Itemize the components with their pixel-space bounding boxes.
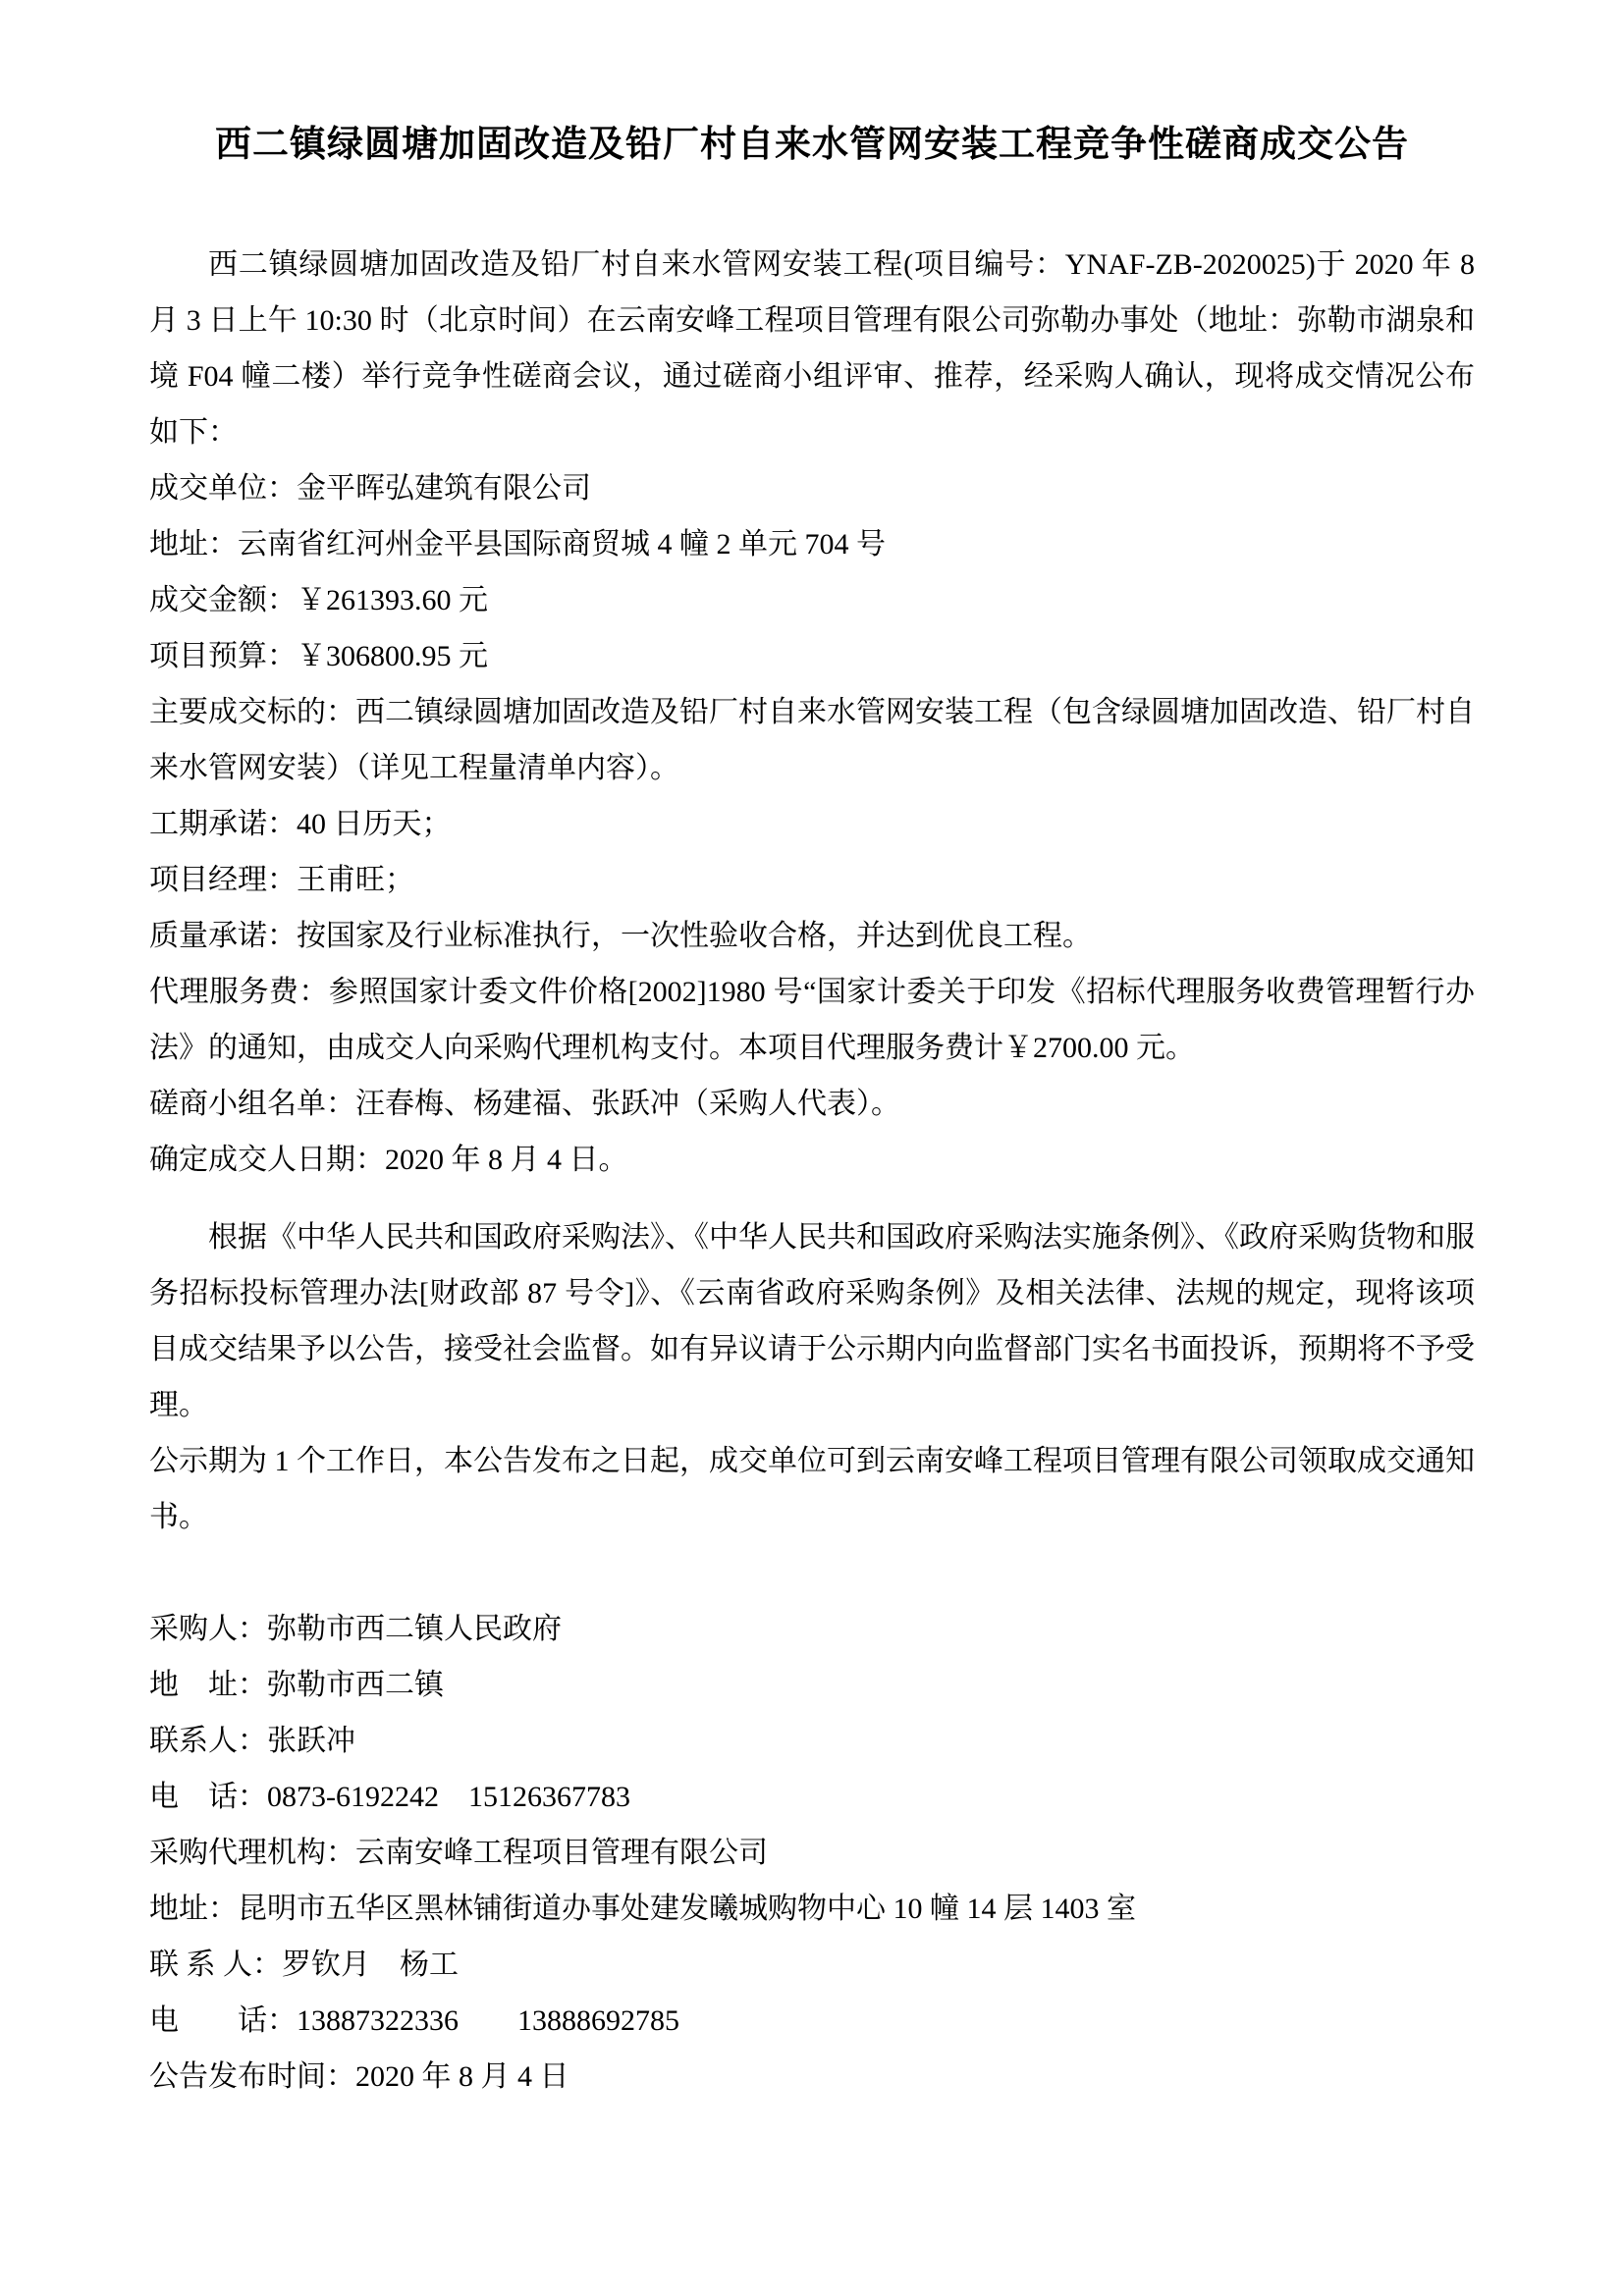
detail-agency-service-fee: 代理服务费：参照国家计委文件价格[2002]1980 号“国家计委关于印发《招标… <box>149 964 1475 1076</box>
publish-date-line: 公告发布时间：2020 年 8 月 4 日 <box>149 2049 1475 2105</box>
detail-award-date: 确定成交人日期：2020 年 8 月 4 日。 <box>149 1132 1475 1188</box>
detail-negotiation-panel: 磋商小组名单：汪春梅、杨建福、张跃冲（采购人代表）。 <box>149 1076 1475 1132</box>
legal-paragraph: 根据《中华人民共和国政府采购法》、《中华人民共和国政府采购法实施条例》、《政府采… <box>149 1209 1475 1433</box>
detail-project-manager: 项目经理：王甫旺； <box>149 852 1475 908</box>
detail-quality-commitment: 质量承诺：按国家及行业标准执行，一次性验收合格，并达到优良工程。 <box>149 908 1475 964</box>
agency-address: 地址：昆明市五华区黑林铺街道办事处建发曦城购物中心 10 幢 14 层 1403… <box>149 1881 1475 1937</box>
document-title: 西二镇绿圆塘加固改造及铅厂村自来水管网安装工程竞争性磋商成交公告 <box>149 116 1475 172</box>
intro-paragraph: 西二镇绿圆塘加固改造及铅厂村自来水管网安装工程(项目编号：YNAF-ZB-202… <box>149 237 1475 460</box>
purchaser-block: 采购人：弥勒市西二镇人民政府 地 址：弥勒市西二镇 联系人：张跃冲 电 话：08… <box>149 1601 1475 1825</box>
publicity-period-paragraph: 公示期为 1 个工作日，本公告发布之日起，成交单位可到云南安峰工程项目管理有限公… <box>149 1433 1475 1545</box>
agency-phone: 电 话：13887322336 13888692785 <box>149 1993 1475 2049</box>
detail-award-subject: 主要成交标的：西二镇绿圆塘加固改造及铅厂村自来水管网安装工程（包含绿圆塘加固改造… <box>149 684 1475 796</box>
purchaser-phone: 电 话：0873-6192242 15126367783 <box>149 1769 1475 1825</box>
agency-name: 采购代理机构：云南安峰工程项目管理有限公司 <box>149 1825 1475 1881</box>
detail-award-amount: 成交金额：￥261393.60 元 <box>149 572 1475 628</box>
agency-block: 采购代理机构：云南安峰工程项目管理有限公司 地址：昆明市五华区黑林铺街道办事处建… <box>149 1825 1475 2049</box>
detail-award-supplier: 成交单位：金平晖弘建筑有限公司 <box>149 460 1475 516</box>
purchaser-name: 采购人：弥勒市西二镇人民政府 <box>149 1601 1475 1657</box>
detail-supplier-address: 地址：云南省红河州金平县国际商贸城 4 幢 2 单元 704 号 <box>149 516 1475 572</box>
detail-project-budget: 项目预算：￥306800.95 元 <box>149 628 1475 684</box>
purchaser-address: 地 址：弥勒市西二镇 <box>149 1657 1475 1713</box>
agency-contact: 联 系 人：罗钦月 杨工 <box>149 1937 1475 1993</box>
purchaser-contact: 联系人：张跃冲 <box>149 1713 1475 1769</box>
detail-construction-period: 工期承诺：40 日历天； <box>149 796 1475 852</box>
document-page: 西二镇绿圆塘加固改造及铅厂村自来水管网安装工程竞争性磋商成交公告 西二镇绿圆塘加… <box>0 0 1624 2296</box>
